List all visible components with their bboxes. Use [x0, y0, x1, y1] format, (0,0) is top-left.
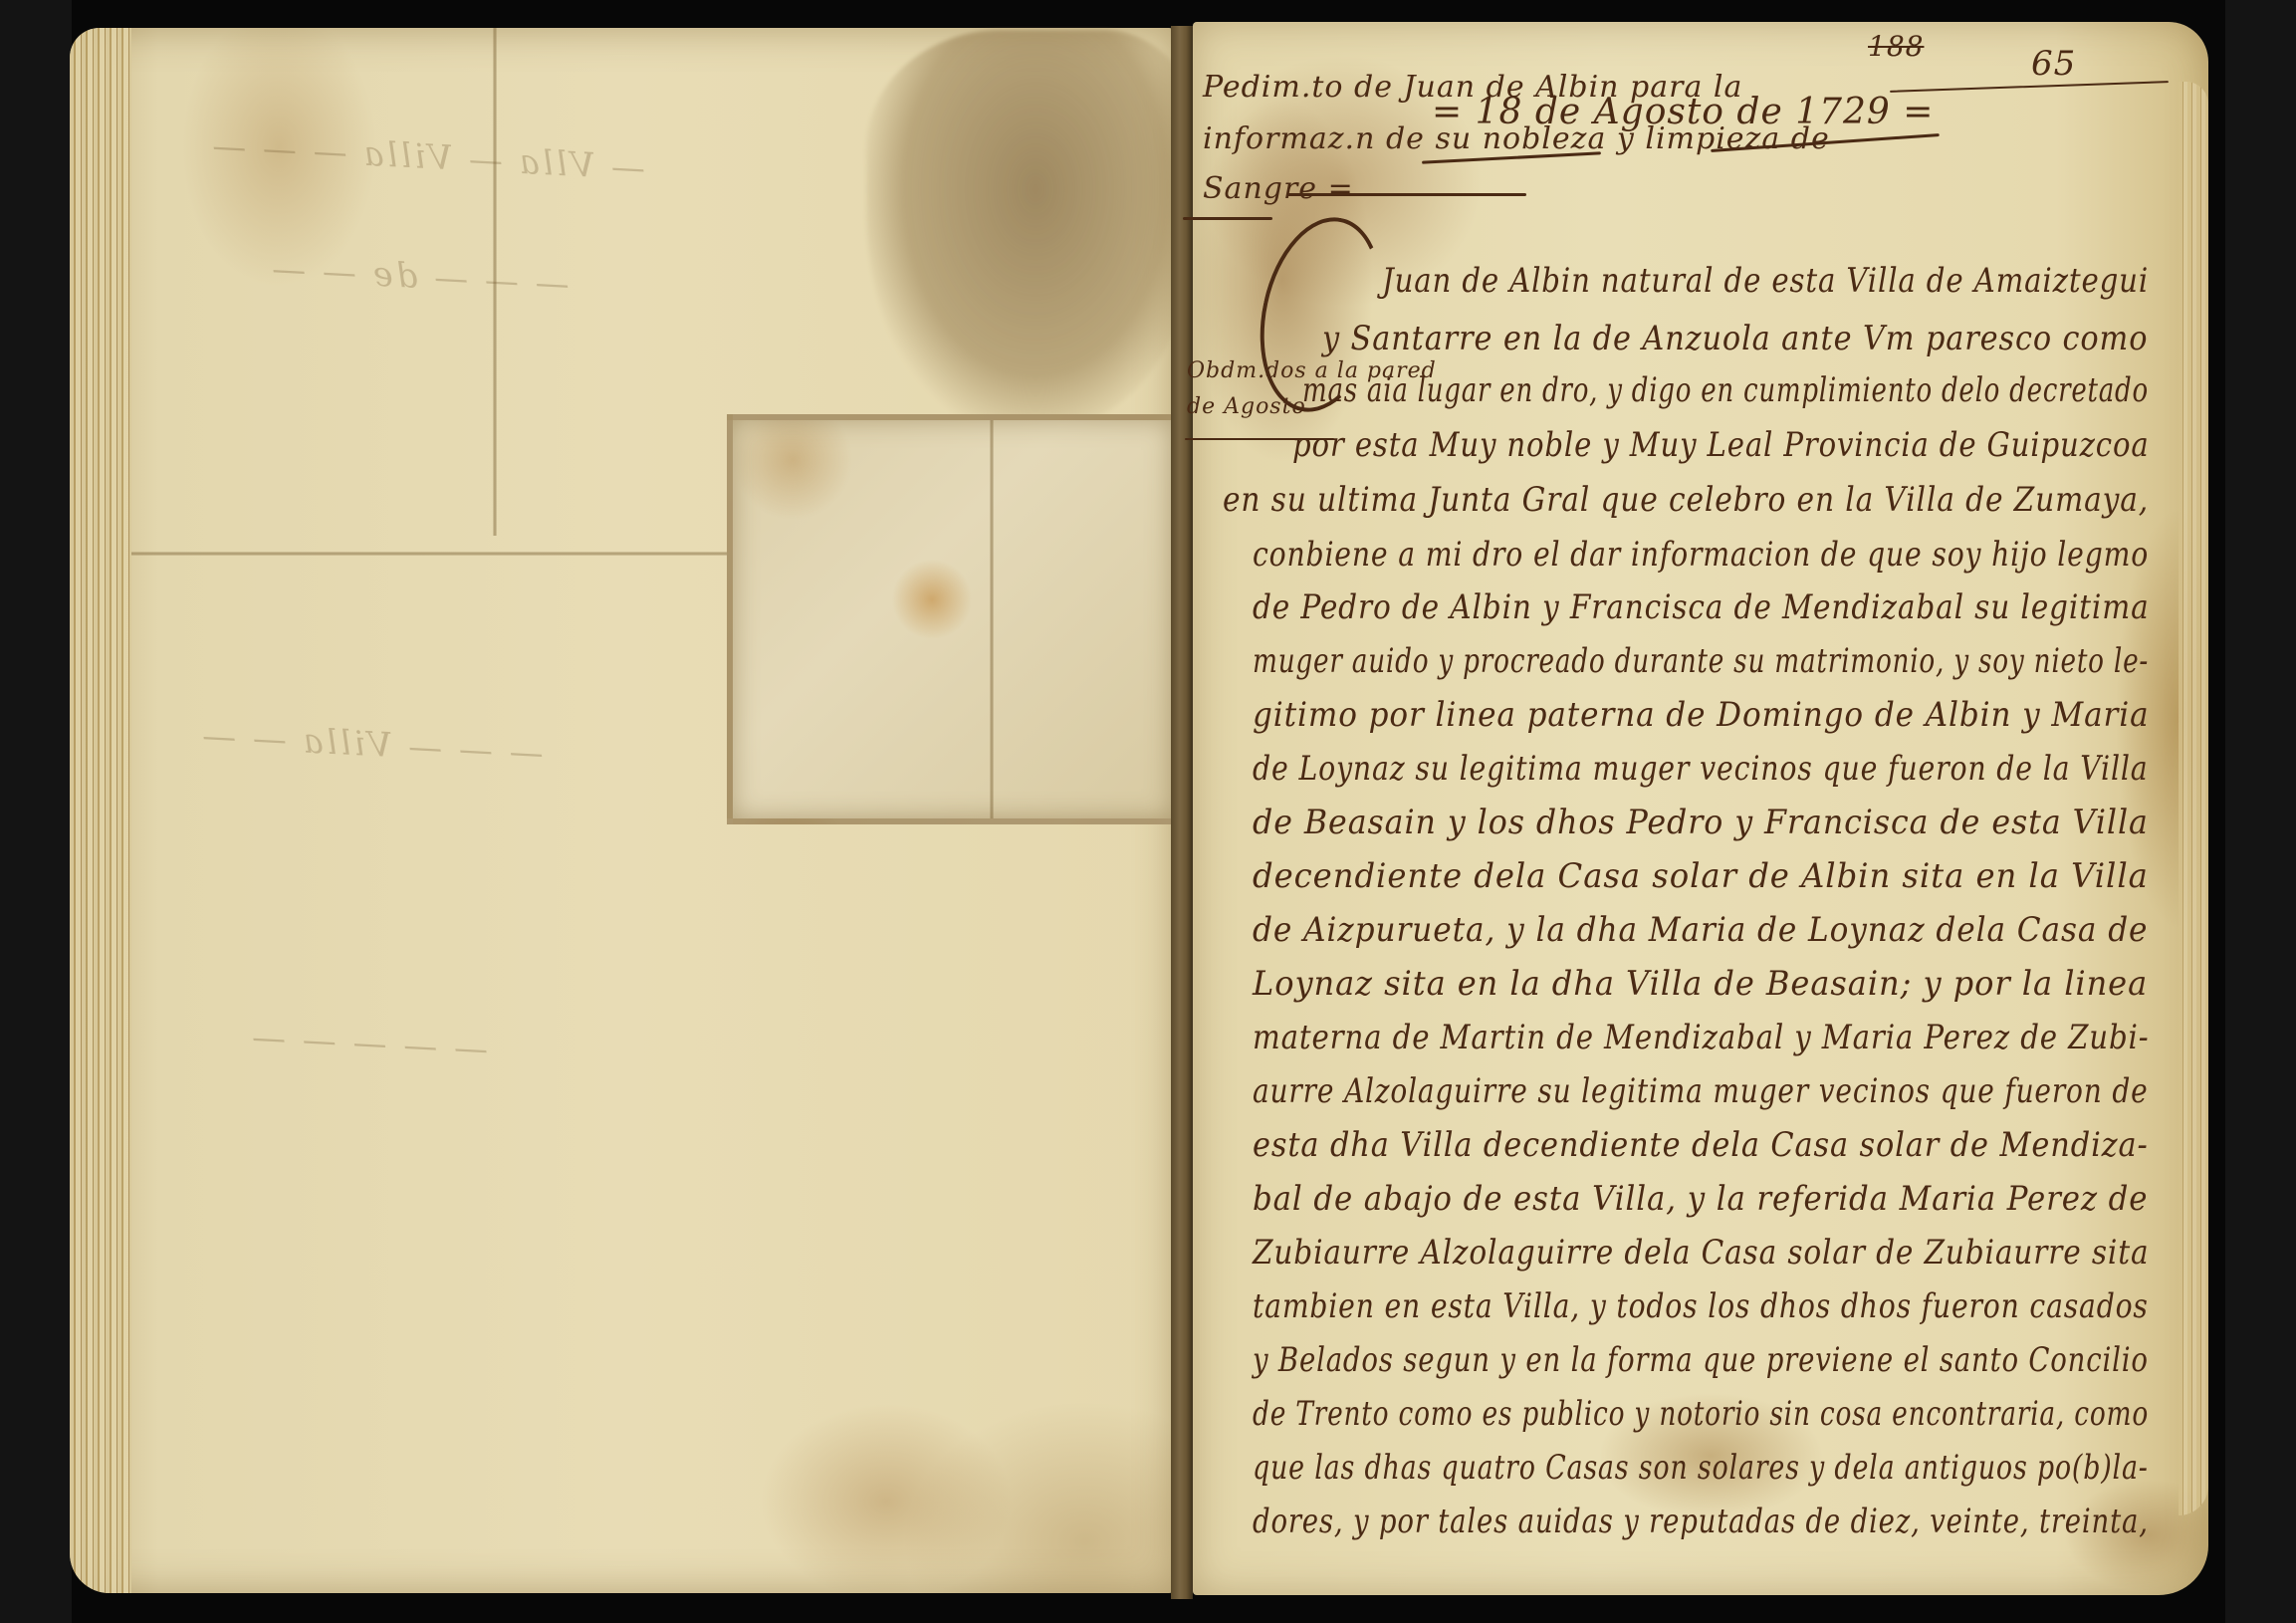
- text-line: en su ultima Junta Gral que celebro en l…: [1223, 480, 2149, 520]
- heading-line: Sangre =: [1203, 171, 1354, 206]
- text-line: materna de Martin de Mendizabal y Maria …: [1253, 1018, 2149, 1057]
- text-line: por esta Muy noble y Muy Leal Provincia …: [1292, 425, 2150, 465]
- text-line: decendiente dela Casa solar de Albin sit…: [1253, 856, 2149, 896]
- text-line: de Trento como es publico y notorio sin …: [1253, 1394, 2149, 1434]
- text-line: aurre Alzolaguirre su legitima muger vec…: [1253, 1071, 2149, 1111]
- text-line: dores, y por tales auidas y reputadas de…: [1253, 1502, 2149, 1541]
- text-line: de Aizpurueta, y la dha Maria de Loynaz …: [1253, 910, 2148, 950]
- text-line: de Loynaz su legitima muger vecinos que …: [1253, 749, 2149, 789]
- text-line: de Beasain y los dhos Pedro y Francisca …: [1253, 803, 2149, 842]
- left-page-edge-stack: [70, 28, 131, 1593]
- folio-number: 65: [2031, 44, 2076, 84]
- old-folio-number: 188: [1868, 30, 1924, 63]
- text-line: y Santarre en la de Anzuola ante Vm pare…: [1322, 319, 2148, 358]
- right-page-edge-stack: [2179, 82, 2208, 1515]
- left-page: — Vlla — Villa — — — — — — de — — — — — …: [70, 28, 1175, 1593]
- paper-repair-patch: [727, 414, 1177, 824]
- patch-fold: [990, 420, 994, 818]
- text-line: esta dha Villa decendiente dela Casa sol…: [1253, 1125, 2149, 1165]
- text-line: gitimo por linea paterna de Domingo de A…: [1253, 695, 2150, 735]
- document-date: = 18 de Agosto de 1729 =: [1432, 92, 1934, 132]
- binding-gutter: [1171, 26, 1193, 1599]
- text-line: conbiene a mi dro el dar informacion de …: [1253, 535, 2149, 575]
- text-line: Loynaz sita en la dha Villa de Beasain; …: [1253, 964, 2148, 1004]
- text-line: de Pedro de Albin y Francisca de Mendiza…: [1253, 587, 2150, 627]
- margin-note-line: de Agosto: [1187, 394, 1306, 419]
- text-line: Juan de Albin natural de esta Villa de A…: [1382, 261, 2149, 301]
- right-page: 188 65 Pedim.to de Juan de Albin para la…: [1193, 22, 2208, 1595]
- show-through-text: — — — de — —: [268, 249, 571, 305]
- show-through-text: — — — Villa — —: [198, 716, 545, 774]
- text-line: y Belados segun y en la forma que previe…: [1253, 1340, 2149, 1380]
- water-stain: [866, 30, 1205, 428]
- show-through-text: — Vlla — Villa — — —: [208, 126, 646, 189]
- text-line: bal de abajo de esta Villa, y la referid…: [1253, 1179, 2148, 1219]
- text-line: que las dhas quatro Casas son solares y …: [1253, 1448, 2149, 1488]
- text-line: tambien en esta Villa, y todos los dhos …: [1253, 1286, 2149, 1326]
- heading-underline: [1183, 217, 1272, 220]
- text-line: muger auido y procreado durante su matri…: [1253, 641, 2149, 681]
- text-line: mas aia lugar en dro, y digo en cumplimi…: [1302, 370, 2149, 410]
- text-line: Zubiaurre Alzolaguirre dela Casa solar d…: [1253, 1233, 2149, 1273]
- heading-underline: [1287, 193, 1526, 196]
- show-through-text: — — — — —: [248, 1018, 489, 1070]
